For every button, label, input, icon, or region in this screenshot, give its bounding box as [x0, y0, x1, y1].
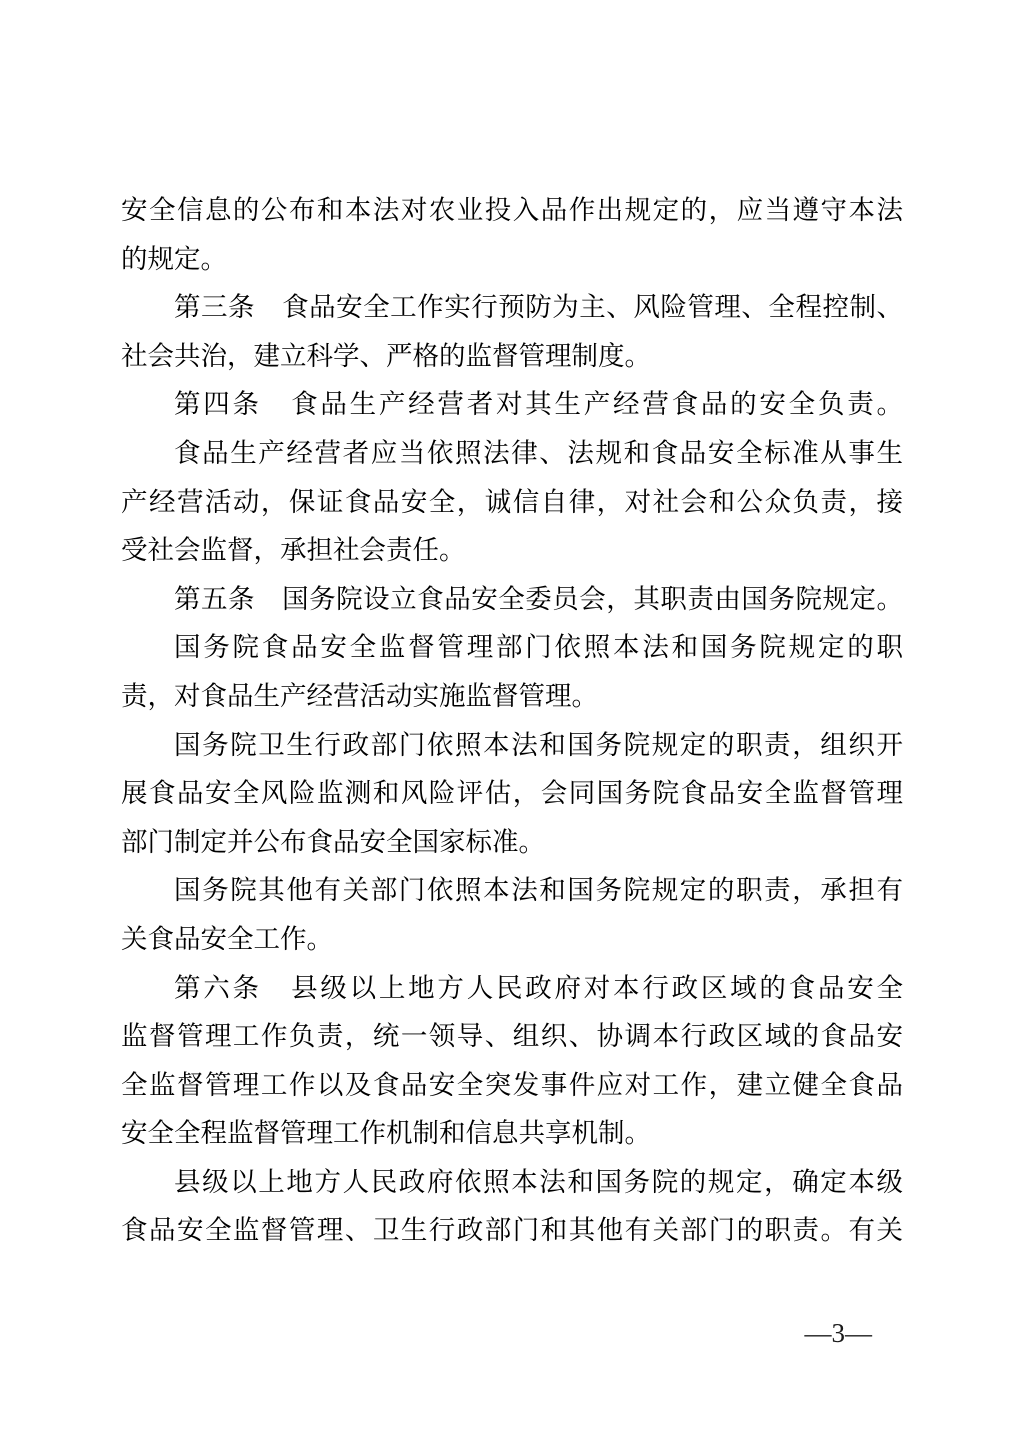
text-line: 全监督管理工作以及食品安全突发事件应对工作，建立健全食品	[121, 1061, 903, 1110]
document-page: 安全信息的公布和本法对农业投入品作出规定的，应当遵守本法的规定。第三条 食品安全…	[0, 0, 1024, 1450]
text-line: 食品生产经营者应当依照法律、法规和食品安全标准从事生	[121, 429, 903, 478]
text-line: 监督管理工作负责，统一领导、组织、协调本行政区域的食品安	[121, 1012, 903, 1061]
document-body: 安全信息的公布和本法对农业投入品作出规定的，应当遵守本法的规定。第三条 食品安全…	[121, 186, 903, 1255]
text-line: 受社会监督，承担社会责任。	[121, 526, 903, 575]
page-footer: —3—	[805, 1318, 873, 1348]
text-line: 安全全程监督管理工作机制和信息共享机制。	[121, 1109, 903, 1158]
text-line: 社会共治，建立科学、严格的监督管理制度。	[121, 332, 903, 381]
text-line: 县级以上地方人民政府依照本法和国务院的规定，确定本级	[121, 1158, 903, 1207]
text-line: 食品安全监督管理、卫生行政部门和其他有关部门的职责。有关	[121, 1206, 903, 1255]
text-line: 关食品安全工作。	[121, 915, 903, 964]
text-line: 部门制定并公布食品安全国家标准。	[121, 818, 903, 867]
text-line: 国务院其他有关部门依照本法和国务院规定的职责，承担有	[121, 866, 903, 915]
text-line: 展食品安全风险监测和风险评估，会同国务院食品安全监督管理	[121, 769, 903, 818]
text-line: 国务院卫生行政部门依照本法和国务院规定的职责，组织开	[121, 721, 903, 770]
text-line: 国务院食品安全监督管理部门依照本法和国务院规定的职	[121, 623, 903, 672]
text-line: 产经营活动，保证食品安全，诚信自律，对社会和公众负责，接	[121, 478, 903, 527]
text-line: 第五条 国务院设立食品安全委员会，其职责由国务院规定。	[121, 575, 903, 624]
text-line: 的规定。	[121, 235, 903, 284]
text-line: 安全信息的公布和本法对农业投入品作出规定的，应当遵守本法	[121, 186, 903, 235]
text-line: 第四条 食品生产经营者对其生产经营食品的安全负责。	[121, 380, 903, 429]
text-line: 第六条 县级以上地方人民政府对本行政区域的食品安全	[121, 964, 903, 1013]
text-line: 责，对食品生产经营活动实施监督管理。	[121, 672, 903, 721]
text-line: 第三条 食品安全工作实行预防为主、风险管理、全程控制、	[121, 283, 903, 332]
page-number: —3—	[805, 1318, 873, 1348]
